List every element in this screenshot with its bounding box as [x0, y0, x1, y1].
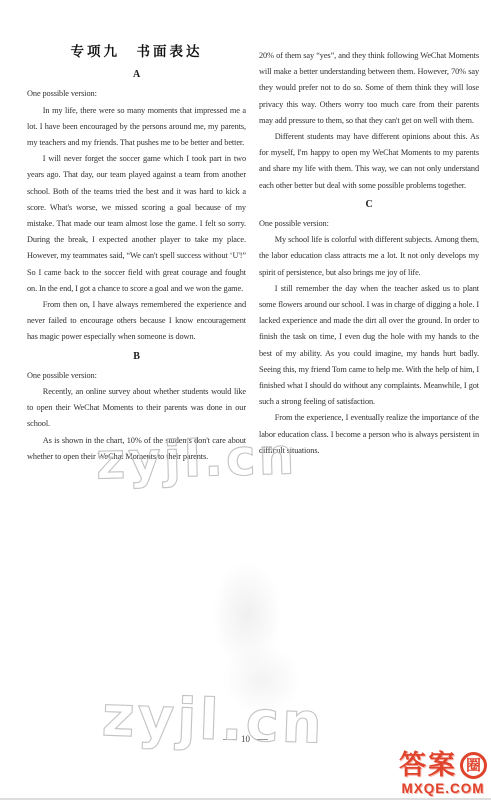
- mxqe-logo: 答案 圈 MXQE.COM: [399, 752, 487, 796]
- paragraph-a1: In my life, there were so many moments t…: [27, 103, 246, 152]
- scan-smudge: [222, 645, 302, 715]
- logo-row: 答案 圈: [399, 752, 487, 779]
- paragraph-b2: As is shown in the chart, 10% of the stu…: [27, 433, 246, 465]
- section-label-a: A: [27, 67, 246, 83]
- paragraph-b3: Different students may have different op…: [259, 129, 479, 194]
- paragraph-b2-continuation: 20% of them say “yes”, and they think fo…: [259, 48, 479, 129]
- section-label-b: B: [27, 349, 246, 365]
- paragraph-c2: I still remember the day when the teache…: [259, 281, 479, 411]
- watermark-zyjl-bottom: zyjl.cn: [101, 684, 326, 757]
- logo-chinese-text: 答案: [399, 752, 457, 779]
- right-column: 20% of them say “yes”, and they think fo…: [259, 48, 479, 459]
- page-footer: 10: [0, 734, 491, 744]
- section-label-c: C: [259, 197, 479, 213]
- paragraph-a2: I will never forget the soccer game whic…: [27, 151, 246, 297]
- footer-rule-left: [223, 739, 236, 740]
- paragraph-c3: From the experience, I eventually realiz…: [259, 410, 479, 459]
- version-label-c: One possible version:: [259, 216, 479, 232]
- logo-domain-text: MXQE.COM: [399, 782, 487, 796]
- circle-badge-icon: 圈: [460, 752, 487, 779]
- paragraph-c1: My school life is colorful with differen…: [259, 232, 479, 281]
- version-label-b: One possible version:: [27, 368, 246, 384]
- paragraph-b1: Recently, an online survey about whether…: [27, 384, 246, 433]
- scan-smudge: [212, 560, 282, 670]
- footer-rule-right: [255, 739, 268, 740]
- left-column: 专项九 书面表达 A One possible version: In my l…: [27, 44, 246, 465]
- page-number: 10: [241, 734, 250, 744]
- scanned-answer-page: 专项九 书面表达 A One possible version: In my l…: [0, 0, 491, 800]
- paragraph-a3: From then on, I have always remembered t…: [27, 297, 246, 346]
- version-label-a: One possible version:: [27, 86, 246, 102]
- page-title: 专项九 书面表达: [27, 44, 246, 60]
